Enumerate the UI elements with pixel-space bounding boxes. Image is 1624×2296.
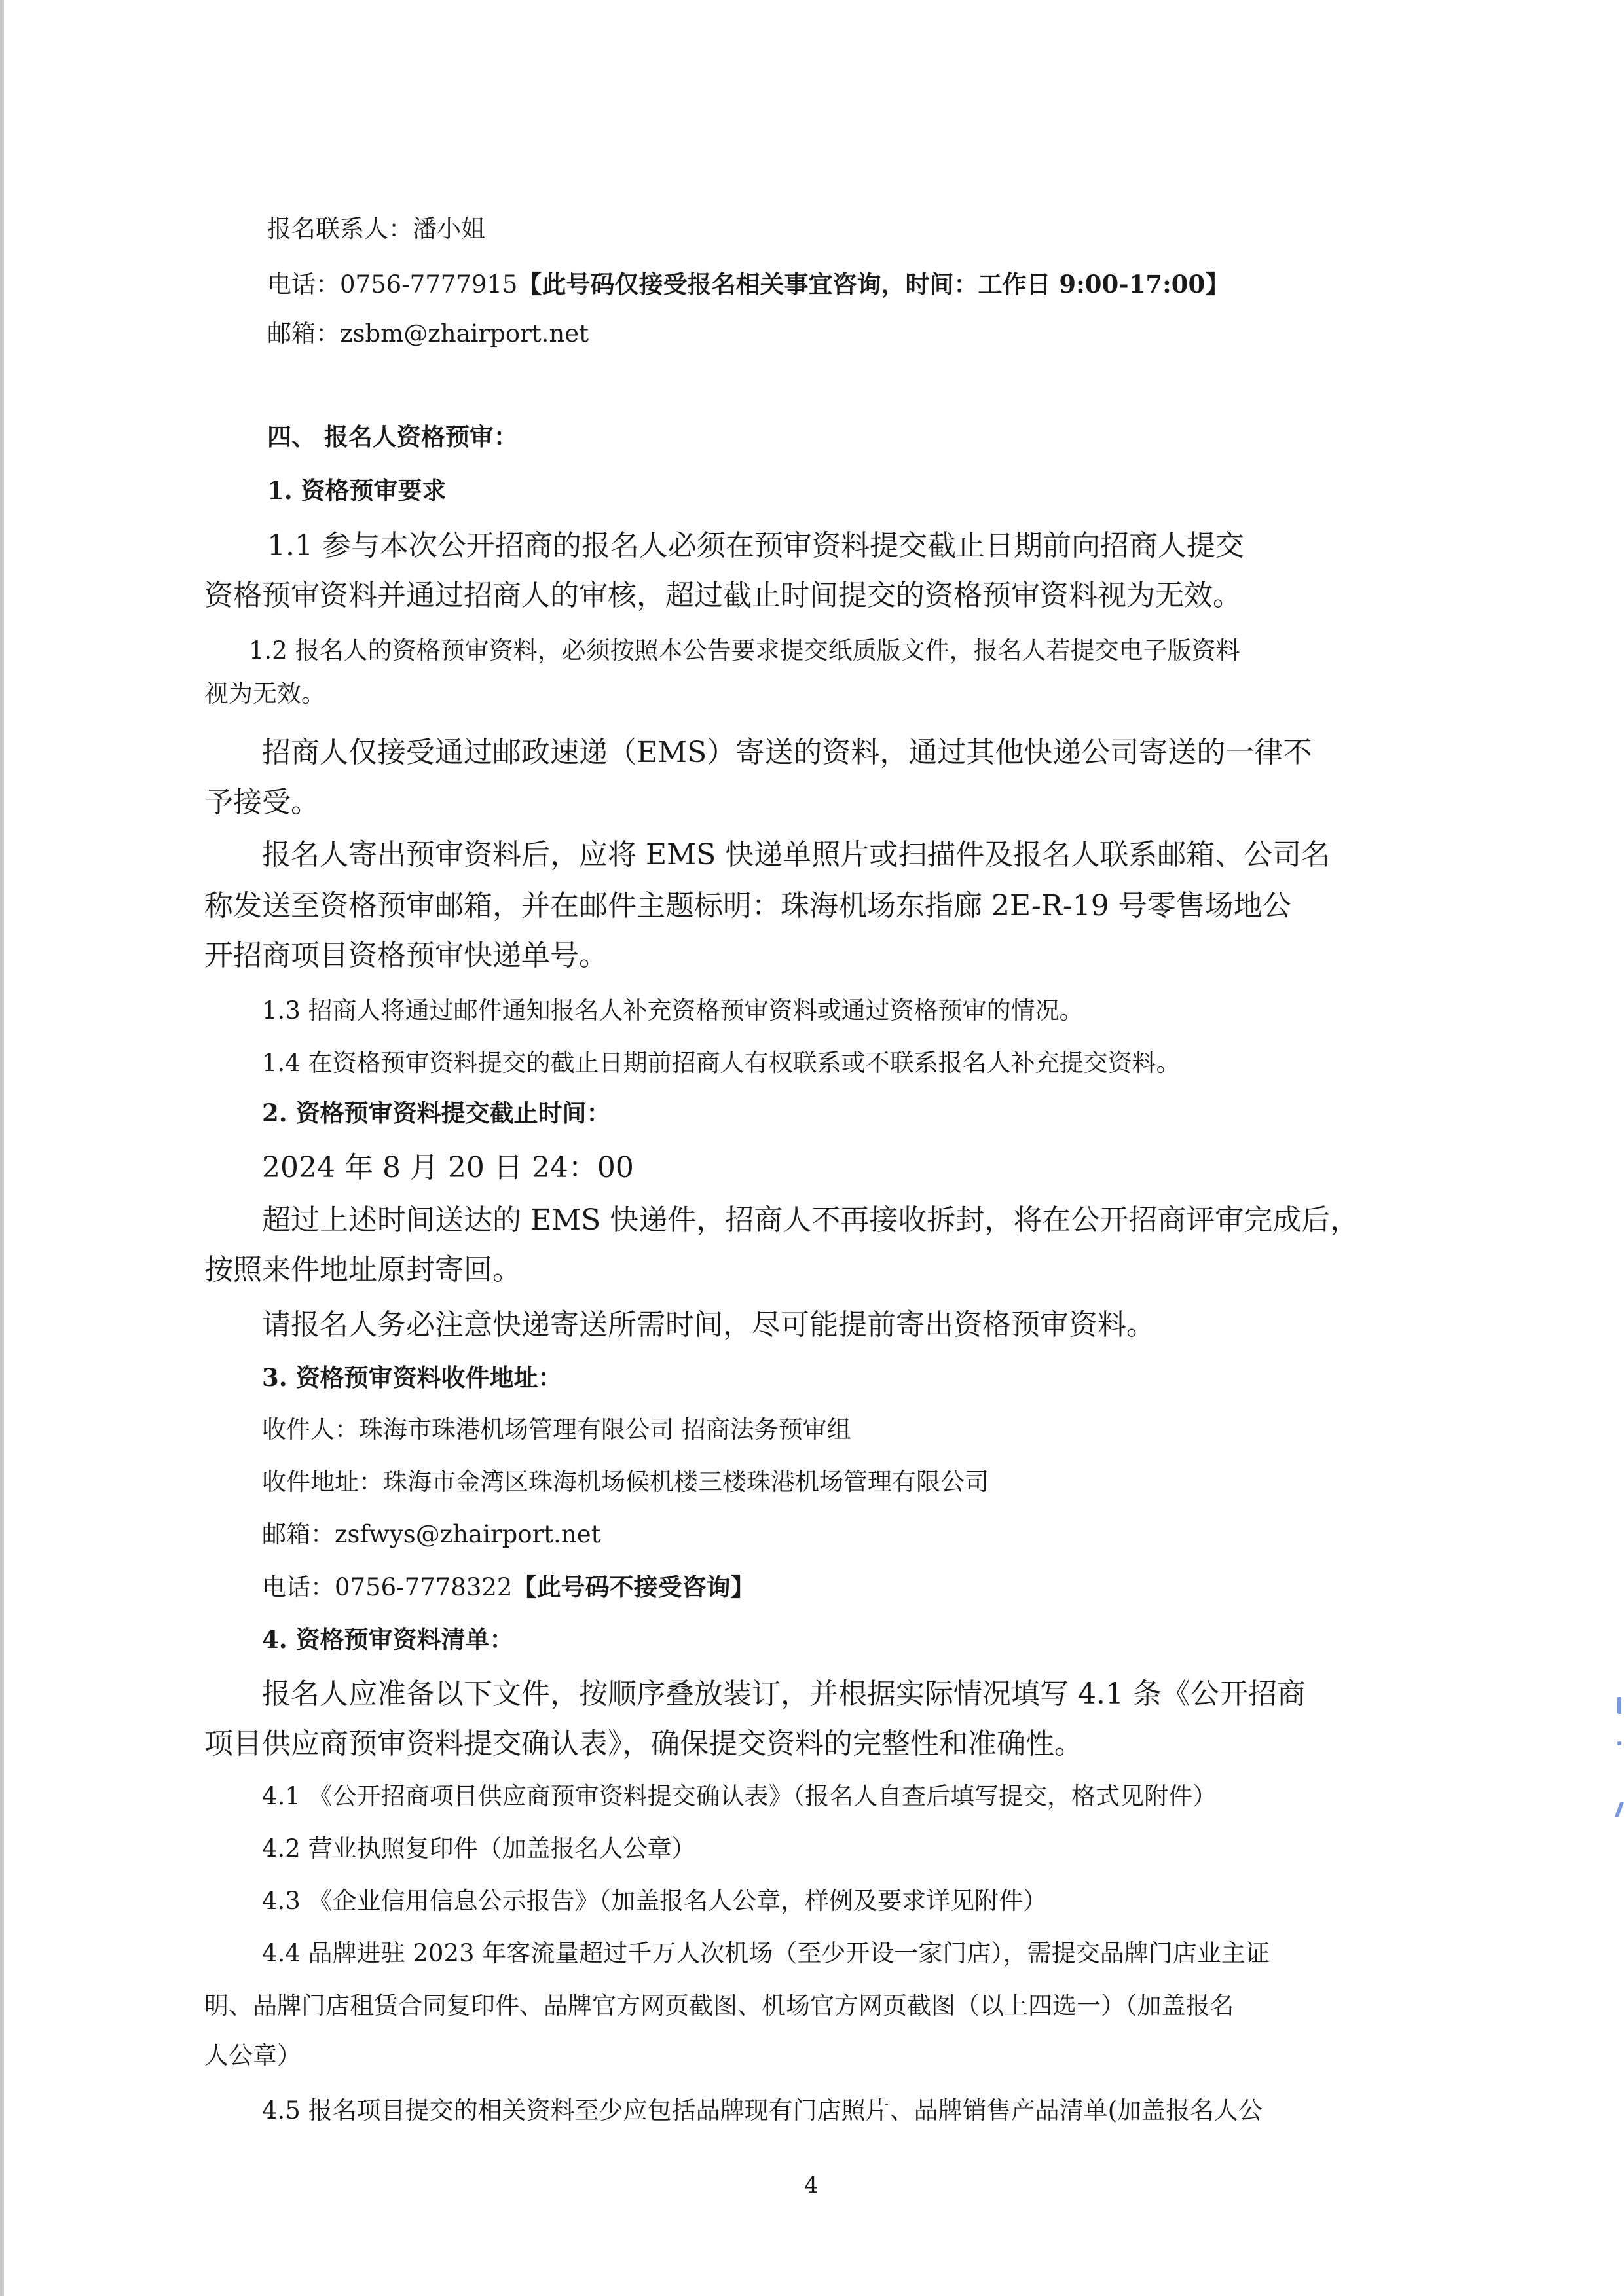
checklist-item-4-3: 4.3 《企业信用信息公示报告》（加盖报名人公章，样例及要求详见附件） <box>262 1887 1047 1916</box>
para-send-line1: 报名人寄出预审资料后，应将 EMS 快递单照片或扫描件及报名人联系邮箱、公司名 <box>262 838 1330 872</box>
section-heading: 四、 报名人资格预审： <box>267 422 518 451</box>
scan-mark <box>1615 1802 1624 1817</box>
para-1-1-line2: 资格预审资料并通过招商人的审核，超过截止时间提交的资格预审资料视为无效。 <box>204 579 1242 613</box>
checklist-intro-line2: 项目供应商预审资料提交确认表》，确保提交资料的完整性和准确性。 <box>204 1727 1083 1761</box>
para-1-3: 1.3 招商人将通过邮件通知报名人补充资格预审资料或通过资格预审的情况。 <box>262 996 1084 1025</box>
para-reminder: 请报名人务必注意快递寄送所需时间，尽可能提前寄出资格预审资料。 <box>262 1308 1155 1342</box>
contact-email: 邮箱：zsbm@zhairport.net <box>267 319 589 348</box>
checklist-item-4-5-line1: 4.5 报名项目提交的相关资料至少应包括品牌现有门店照片、品牌销售产品清单(加盖… <box>262 2096 1263 2125</box>
subsection-1-heading: 1. 资格预审要求 <box>267 476 447 505</box>
scan-edge-shadow <box>0 0 4 2296</box>
checklist-item-4-4-line2: 明、品牌门店租赁合同复印件、品牌官方网页截图、机场官方网页截图（以上四选一）（加… <box>204 1992 1234 2020</box>
deadline-value: 2024 年 8 月 20 日 24：00 <box>262 1151 634 1185</box>
para-late-line2: 按照来件地址原封寄回。 <box>204 1253 521 1287</box>
subsection-3-heading: 3. 资格预审资料收件地址： <box>262 1363 563 1392</box>
scan-mark <box>1617 1741 1621 1745</box>
page-number: 4 <box>804 2172 819 2198</box>
contact-phone: 电话：0756-7777915【此号码仅接受报名相关事宜咨询，时间：工作日 9:… <box>267 270 1229 299</box>
para-send-line3: 开招商项目资格预审快递单号。 <box>204 939 608 973</box>
checklist-item-4-4-line1: 4.4 品牌进驻 2023 年客流量超过千万人次机场（至少开设一家门店），需提交… <box>262 1939 1270 1968</box>
para-1-2-line2: 视为无效。 <box>204 680 325 708</box>
para-1-1-line1: 1.1 参与本次公开招商的报名人必须在预审资料提交截止日期前向招商人提交 <box>267 529 1244 563</box>
checklist-item-4-1: 4.1 《公开招商项目供应商预审资料提交确认表》（报名人自查后填写提交，格式见附… <box>262 1782 1217 1811</box>
recipient-phone-number: 电话：0756-7778322 <box>262 1573 512 1601</box>
scan-mark <box>1617 1697 1621 1714</box>
recipient-email: 邮箱：zsfwys@zhairport.net <box>262 1520 601 1549</box>
recipient-phone-note: 【此号码不接受咨询】 <box>512 1573 754 1601</box>
para-1-2-line1: 1.2 报名人的资格预审资料，必须按照本公告要求提交纸质版文件，报名人若提交电子… <box>249 636 1240 665</box>
recipient-phone: 电话：0756-7778322【此号码不接受咨询】 <box>262 1573 754 1602</box>
para-late-line1: 超过上述时间送达的 EMS 快递件，招商人不再接收拆封，将在公开招商评审完成后， <box>262 1203 1359 1237</box>
para-send-line2: 称发送至资格预审邮箱，并在邮件主题标明：珠海机场东指廊 2E-R-19 号零售场… <box>204 889 1291 923</box>
checklist-intro-line1: 报名人应准备以下文件，按顺序叠放装订，并根据实际情况填写 4.1 条《公开招商 <box>262 1677 1306 1711</box>
recipient-line: 收件人：珠海市珠港机场管理有限公司 招商法务预审组 <box>262 1415 851 1444</box>
subsection-2-heading: 2. 资格预审资料提交截止时间： <box>262 1099 611 1127</box>
contact-name: 报名联系人：潘小姐 <box>267 215 485 244</box>
contact-phone-note: 【此号码仅接受报名相关事宜咨询，时间：工作日 9:00-17:00】 <box>517 270 1229 299</box>
checklist-item-4-4-line3: 人公章） <box>204 2041 301 2070</box>
contact-phone-number: 电话：0756-7777915 <box>267 270 517 299</box>
checklist-item-4-2: 4.2 营业执照复印件（加盖报名人公章） <box>262 1834 696 1863</box>
para-ems-line2: 予接受。 <box>204 786 320 820</box>
subsection-4-heading: 4. 资格预审资料清单： <box>262 1625 514 1654</box>
para-1-4: 1.4 在资格预审资料提交的截止日期前招商人有权联系或不联系报名人补充提交资料。 <box>262 1049 1181 1078</box>
para-ems-line1: 招商人仅接受通过邮政速递（EMS）寄送的资料，通过其他快递公司寄送的一律不 <box>262 736 1312 770</box>
address-line: 收件地址：珠海市金湾区珠海机场候机楼三楼珠港机场管理有限公司 <box>262 1468 989 1497</box>
